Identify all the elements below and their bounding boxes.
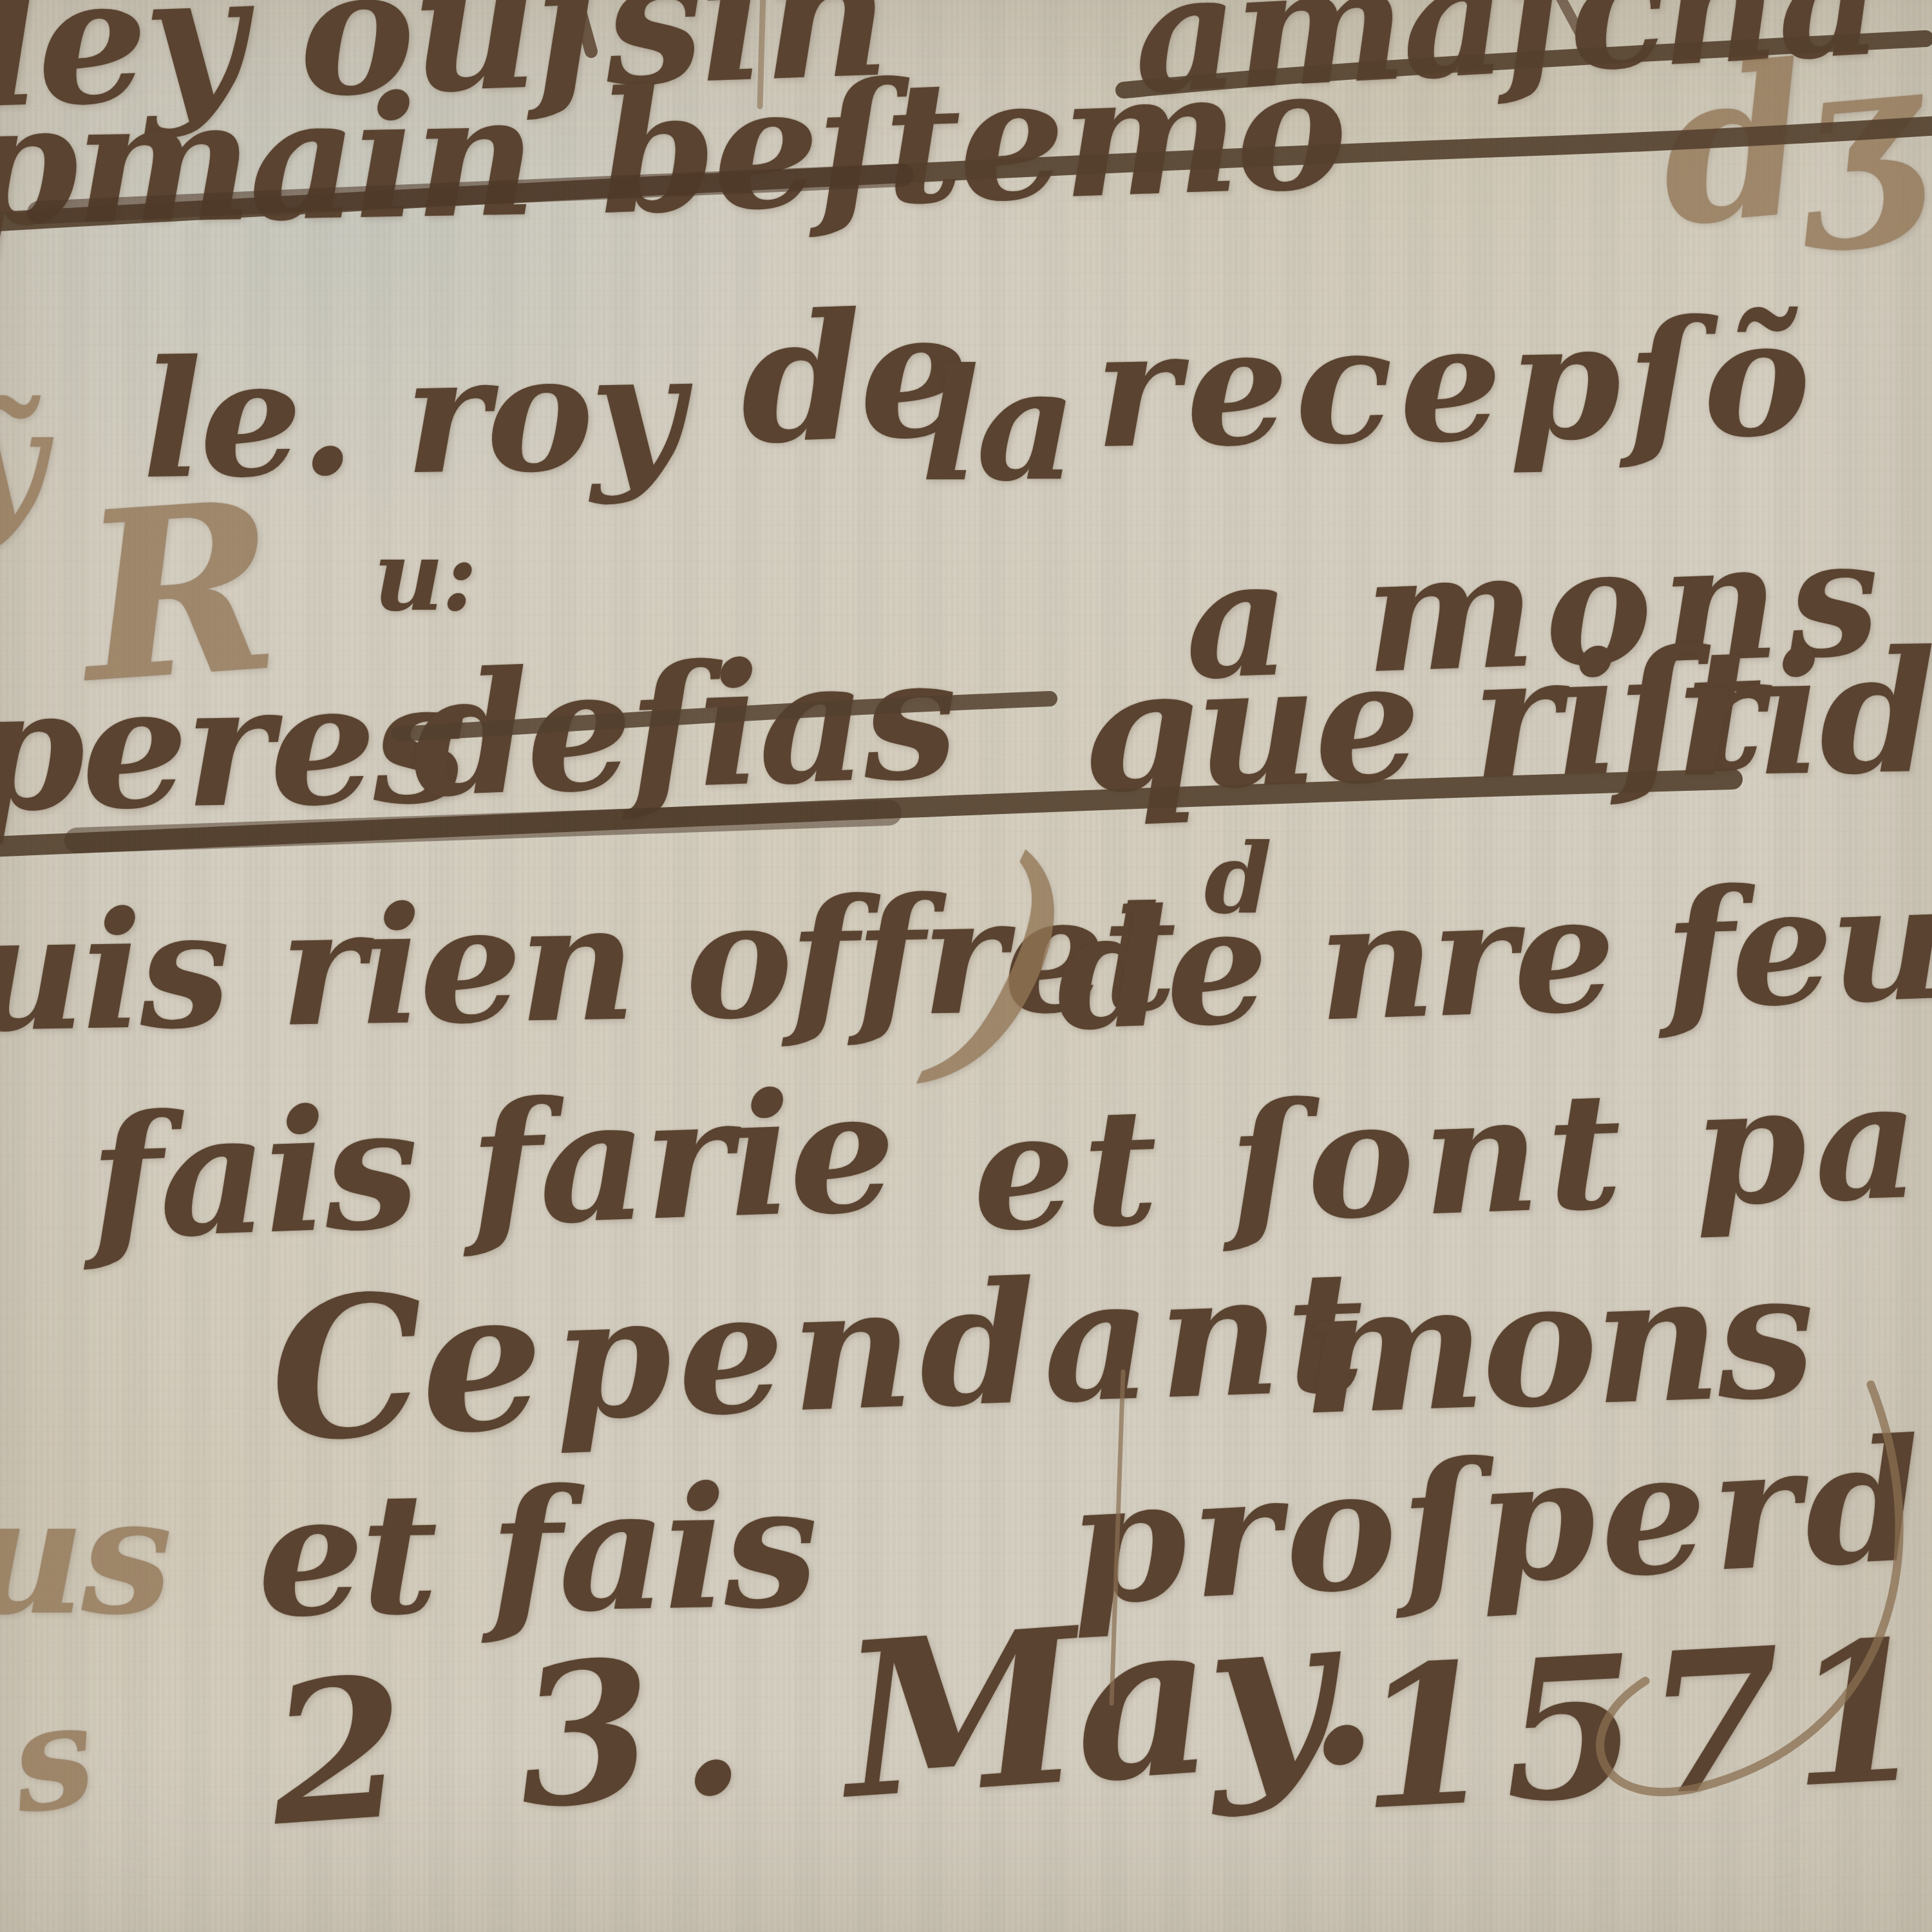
cutoff-descender-stroke: [1558, 0, 1581, 35]
cancellation-stroke: [1124, 39, 1926, 90]
cancellation-stroke: [399, 699, 1050, 734]
hairline-ascender-stroke: [1112, 1372, 1123, 1703]
ink-strokes-overlay: [0, 0, 1932, 1932]
manuscript-page: ley ouſsin amaſcha pmain beſtemo dʒ ỹ le…: [0, 0, 1932, 1932]
flourish-stroke: [1600, 1385, 1899, 1792]
cancellation-stroke-overdraw: [39, 175, 902, 213]
cancellation-stroke-overdraw: [77, 813, 889, 840]
cutoff-descender-stroke: [575, 0, 591, 52]
cutoff-descender-stroke: [760, 0, 763, 106]
